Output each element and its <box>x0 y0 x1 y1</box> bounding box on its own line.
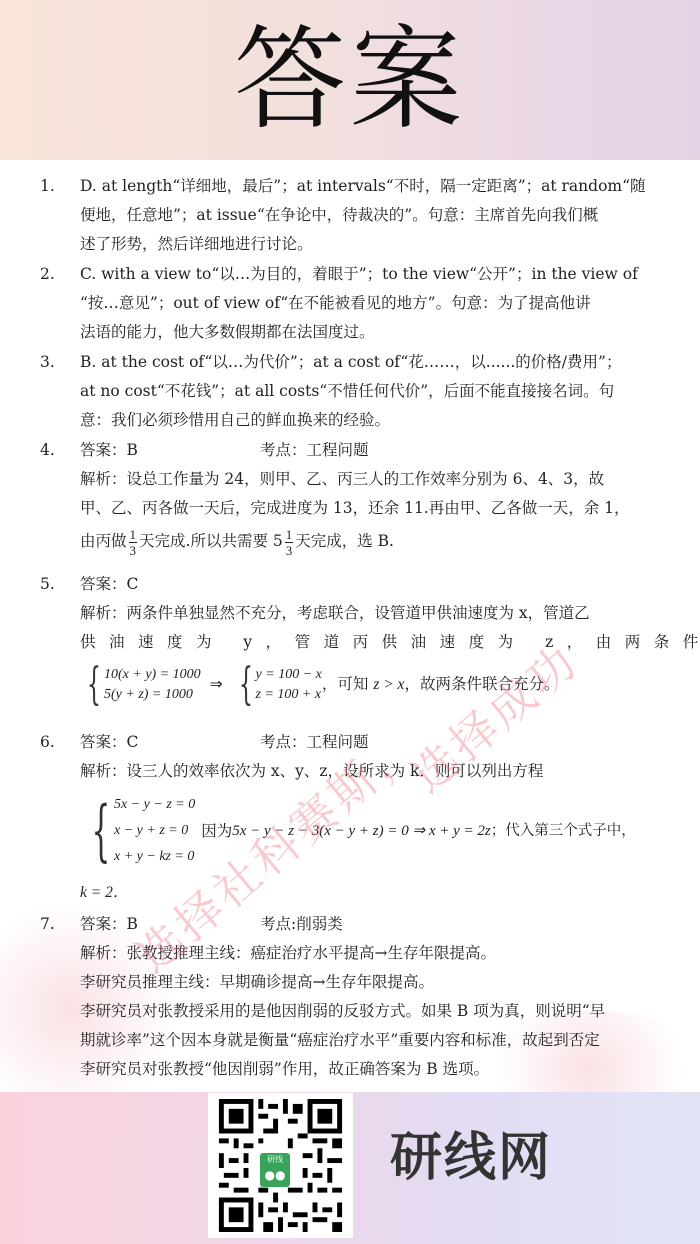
equation-line: { 5x − y − z = 0 x − y + z = 0 x + y − k… <box>80 792 665 870</box>
topic-label: 考点：工程问题 <box>260 728 369 757</box>
brace-icon: { <box>92 798 111 864</box>
inequality: z > x <box>373 676 404 693</box>
text-segment: ，故两条件联合充分。 <box>404 675 559 693</box>
equation-system-right: { y = 100 − x z = 100 + x <box>232 663 322 707</box>
item-text-line: at no cost“不花钱”；at all costs“不惜任何代价”，后面不… <box>80 377 665 406</box>
item-number: 5. <box>40 570 70 599</box>
brace-icon: { <box>239 663 253 707</box>
result-equation: k = 2． <box>80 878 665 907</box>
text-segment: 因为 <box>201 817 232 846</box>
item-text-line: “按…意见”；out of view of“在不能被看见的地方”。句意：为了提高… <box>80 289 665 318</box>
header-banner: 答案 <box>0 0 700 160</box>
topic-label: 考点：工程问题 <box>260 436 369 465</box>
answer-label: 答案：C <box>80 728 260 757</box>
qr-code[interactable]: 研线 ●● <box>208 1093 353 1238</box>
equation: 5x − y − z − 3(x − y + z) = 0 ⇒ x + y = … <box>232 817 491 846</box>
item-text-line: 解析：设总工作量为 24，则甲、乙、丙三人的工作效率分别为 6、4、3，故 <box>80 465 665 494</box>
item-text-line-fraction: 由丙做13天完成.所以共需要 513天完成，选 B. <box>80 523 665 559</box>
fraction-denominator: 3 <box>285 543 294 558</box>
item-text-line: C. with a view to“以…为目的，着眼于”；to the view… <box>80 260 665 289</box>
topic-label: 考点:削弱类 <box>260 910 343 939</box>
item-number: 3. <box>40 348 70 377</box>
item-text-line: 李研究员对张教授采用的是他因削弱的反驳方式。如果 B 项为真，则说明“早 <box>80 997 665 1026</box>
item-text-line: 解析：张教授推理主线：癌症治疗水平提高→生存年限提高。 <box>80 939 665 968</box>
answer-list: 1. D. at length“详细地，最后”；at intervals“不时，… <box>0 170 700 1085</box>
item-number: 2. <box>40 260 70 289</box>
text-segment: ；代入第三个式子中， <box>491 817 636 846</box>
answer-label: 答案：B <box>80 436 260 465</box>
item-meta: 答案：B 考点：工程问题 <box>80 436 665 465</box>
item-text-line: 述了形势，然后详细地进行讨论。 <box>80 230 665 259</box>
answer-label: 答案：B <box>80 910 260 939</box>
equation: z = 100 + x <box>256 685 322 705</box>
text-segment: 天完成，选 B. <box>295 532 394 550</box>
equation-system-left: { 10(x + y) = 1000 5(y + z) = 1000 <box>80 663 201 707</box>
fraction-numerator: 1 <box>129 527 138 543</box>
page-title: 答案 <box>0 14 700 146</box>
equation: 5(y + z) = 1000 <box>104 685 201 705</box>
item-text-line: 解析：两条件单独显然不充分，考虑联合，设管道甲供油速度为 x，管道乙 <box>80 599 665 628</box>
item-text-line: D. at length“详细地，最后”；at intervals“不时，隔一定… <box>80 172 665 201</box>
item-number: 4. <box>40 436 70 465</box>
equation: x + y − kz = 0 <box>114 844 195 870</box>
equation: x − y + z = 0 <box>114 818 195 844</box>
item-number: 7. <box>40 910 70 939</box>
panda-icon: ●● <box>260 1167 290 1183</box>
brand-name: 研线网 <box>390 1118 552 1198</box>
item-text-line: 李研究员推理主线：早期确诊提高→生存年限提高。 <box>80 968 665 997</box>
item-text-line: 甲、乙、丙各做一天后，完成进度为 13，还余 11.再由甲、乙各做一天，余 1， <box>80 494 665 523</box>
item-number: 1. <box>40 172 70 201</box>
item-text-line: 解析：设三人的效率依次为 x、y、z，设所求为 k．则可以列出方程 <box>80 757 665 786</box>
item-text-line: 期就诊率”这个因本身就是衡量“癌症治疗水平”重要内容和标准，故起到否定 <box>80 1026 665 1055</box>
fraction-denominator: 3 <box>129 543 138 558</box>
fraction: 13 <box>285 527 294 558</box>
item-meta: 答案：C 考点：工程问题 <box>80 728 665 757</box>
brace-icon: { <box>87 663 101 707</box>
equation: y = 100 − x <box>256 665 322 685</box>
qr-logo-text: 研线 <box>267 1155 283 1164</box>
equation-system: { 5x − y − z = 0 x − y + z = 0 x + y − k… <box>80 792 195 870</box>
item-meta: 答案：B 考点:削弱类 <box>80 910 665 939</box>
fraction: 13 <box>129 527 138 558</box>
text-segment: 天完成.所以共需要 5 <box>139 532 283 550</box>
item-text-line: 李研究员对张教授“他因削弱”作用，故正确答案为 B 选项。 <box>80 1055 665 1084</box>
equation: 10(x + y) = 1000 <box>104 665 201 685</box>
fraction-numerator: 1 <box>285 527 294 543</box>
item-text-line: 便地，任意地”；at issue“在争论中，待裁决的”。句意：主席首先向我们概 <box>80 201 665 230</box>
item-text-line: 法语的能力，他大多数假期都在法国度过。 <box>80 318 665 347</box>
item-meta: 答案：C <box>80 570 665 599</box>
item-text-line: 供油速度为 y，管道丙供油速度为 z，由两条件可知 <box>80 628 665 657</box>
equation: 5x − y − z = 0 <box>114 792 195 818</box>
text-segment: 由丙做 <box>80 532 127 550</box>
answer-label: 答案：C <box>80 570 260 599</box>
text-segment: ，可知 <box>322 675 369 693</box>
qr-logo-icon: 研线 ●● <box>260 1153 290 1187</box>
implies-arrow-icon: ⇒ <box>210 676 223 693</box>
item-number: 6. <box>40 728 70 757</box>
item-text-line: 意：我们必须珍惜用自己的鲜血换来的经验。 <box>80 406 665 435</box>
equation-line: { 10(x + y) = 1000 5(y + z) = 1000 ⇒ { y… <box>80 663 665 707</box>
item-text-line: B. at the cost of“以…为代价”；at a cost of“花…… <box>80 348 665 377</box>
